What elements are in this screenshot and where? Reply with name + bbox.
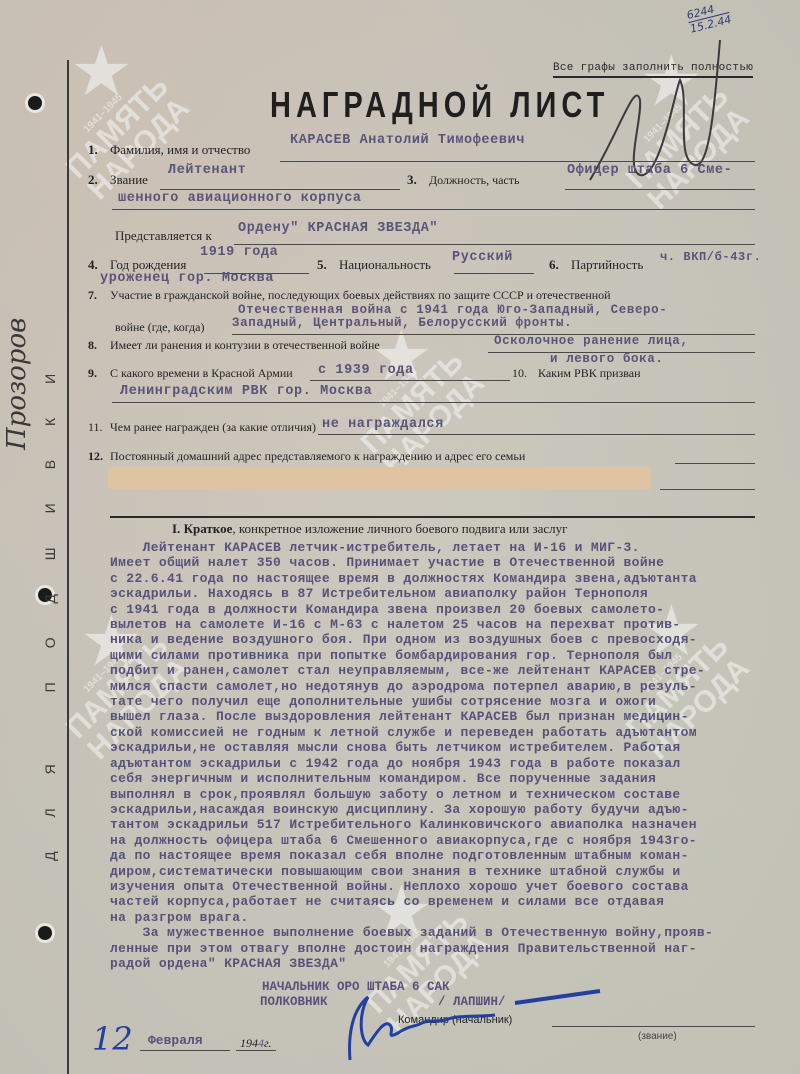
narrative-line: да по настоящее время показал себя вполн… (110, 848, 800, 863)
narrative-line: Лейтенант КАРАСЕВ летчик-истребитель, ле… (110, 540, 800, 555)
narrative-line: тантом эскадрильи 517 Истребительного Ка… (110, 817, 800, 832)
date-month-line (140, 1050, 230, 1051)
narrative-line: выполнял в срок,проявлял большую заботу … (110, 787, 800, 802)
narrative-text: Лейтенант КАРАСЕВ летчик-истребитель, ле… (110, 540, 800, 971)
date-day: 12 (92, 1020, 133, 1058)
field-10-value: Ленинградским РВК гор. Москва (120, 384, 372, 399)
narrative-line: изучения опыта Отечественной войны. Непл… (110, 879, 800, 894)
date-month: Февраля (148, 1033, 203, 1048)
field-12: 12.Постоянный домашний адрес представляе… (88, 449, 525, 464)
narrative-line: частей корпуса,работает не считаясь со в… (110, 894, 800, 909)
narrative-line: мился спасти самолет,но недотянув до аэр… (110, 679, 800, 694)
signature (330, 985, 610, 1065)
field-label: Партийность (571, 257, 643, 272)
field-7: 7.Участие в гражданской войне, последующ… (88, 288, 611, 303)
field-8: 8.Имеет ли ранения и контузии в отечеств… (88, 338, 380, 353)
field-5-value: Русский (452, 250, 513, 265)
field-label: С какого времени в Красной Армии (110, 366, 293, 380)
field-underline (565, 189, 755, 190)
field-9-value: с 1939 года (318, 363, 414, 378)
field-label: Фамилия, имя и отчество (110, 142, 250, 157)
field-8-value-cont: и левого бока. (550, 352, 663, 366)
rank-caption: (звание) (638, 1031, 677, 1042)
narrative-line: диром,систематически повышающим свои зна… (110, 864, 800, 879)
narrative-line: радой ордена" КРАСНАЯ ЗВЕЗДА" (110, 956, 800, 971)
field-label: Участие в гражданской войне, последующих… (110, 288, 611, 302)
field-2-value: Лейтенант (168, 163, 246, 178)
punch-hole (28, 96, 42, 110)
field-3-value-cont: шенного авиационного корпуса (118, 191, 362, 206)
field-11-value: не награждался (322, 417, 444, 432)
field-7-cont: войне (где, когда) (115, 320, 204, 335)
narrative-line: себя энергичным и исполнительным команди… (110, 771, 800, 786)
field-underline (234, 244, 755, 245)
field-3-value: Офицер штаба 6 Сме- (567, 163, 732, 178)
field-label: Должность, часть (429, 173, 519, 187)
field-label: Год рождения (110, 257, 186, 272)
signatory-rank: ПОЛКОВНИК (260, 995, 328, 1009)
field-10: 10.Каким РВК призван (512, 366, 641, 381)
field-8-value: Осколочное ранение лица, (494, 334, 688, 348)
presented-for: Представляется к (115, 228, 212, 244)
narrative-line: ника и ведение воздушного боя. При одном… (110, 632, 800, 647)
page-title: НАГРАДНОЙ ЛИСТ (270, 86, 609, 127)
award-value: Ордену" КРАСНАЯ ЗВЕЗДА" (238, 221, 438, 236)
field-7-value-cont: Западный, Центральный, Белорусский фронт… (232, 316, 572, 330)
field-label: Звание (110, 172, 148, 187)
section-divider (110, 516, 755, 518)
field-9: 9.С какого времени в Красной Армии (88, 366, 293, 381)
narrative-line: За мужественное выполнение боевых задани… (110, 925, 800, 940)
binding-label: ДЛЯ ПОДШИВКИ (42, 290, 62, 910)
narrative-line: на разгром врага. (110, 910, 800, 925)
redacted-address (108, 467, 651, 489)
field-4-value-cont: уроженец гор. Москва (100, 271, 274, 286)
field-7-value: Отечественная война с 1941 года Юго-Запа… (238, 303, 667, 317)
field-underline (660, 489, 755, 490)
narrative-line: адъютантом эскадрильи с 1942 года до ноя… (110, 756, 800, 771)
narrative-line: эскадрильи,насаждая воинскую дисциплину.… (110, 802, 800, 817)
field-label: Чем ранее награжден (за какие отличия) (110, 420, 316, 434)
field-4-value: 1919 года (200, 245, 278, 260)
field-label: Имеет ли ранения и контузии в отечествен… (110, 338, 380, 352)
field-underline (160, 189, 400, 190)
narrative-line: эскадрильи. Находясь в 87 Истребительном… (110, 586, 800, 601)
narrative-line: тате чего получил еще дополнительные уши… (110, 694, 800, 709)
field-1: 1.Фамилия, имя и отчество (88, 142, 250, 158)
narrative-line: вылетов на самолете И-16 с М-63 с налето… (110, 617, 800, 632)
field-label: Национальность (339, 257, 431, 272)
field-2: 2.Звание (88, 172, 148, 188)
field-underline (280, 161, 755, 162)
field-6: 6.Партийность (549, 257, 643, 273)
field-underline (318, 434, 755, 435)
narrative-line: Имеет общий налет 350 часов. Принимает у… (110, 555, 800, 570)
field-underline (310, 380, 510, 381)
margin-rule (67, 60, 69, 1074)
field-underline (675, 463, 755, 464)
punch-hole (38, 926, 52, 940)
narrative-line: ленные при этом отвагу вполне достоин на… (110, 941, 800, 956)
field-label: Каким РВК призван (538, 366, 641, 380)
field-label: Постоянный домашний адрес представляемог… (110, 449, 525, 463)
field-underline (112, 209, 755, 210)
field-label: войне (где, когда) (115, 320, 204, 334)
narrative-line: эскадрильи,не оставляя мысли снова быть … (110, 740, 800, 755)
section-heading: I. Краткое, конкретное изложение личного… (172, 521, 567, 537)
field-underline (112, 402, 755, 403)
field-1-value: КАРАСЕВ Анатолий Тимофеевич (290, 133, 525, 148)
narrative-line: подбит и ранен,самолет стал неуправляемы… (110, 663, 800, 678)
narrative-line: на должность офицера штаба 6 Смешенного … (110, 833, 800, 848)
field-5: 5.Национальность (317, 257, 431, 273)
narrative-line: вышел глаза. После выздоровления лейтена… (110, 709, 800, 724)
narrative-line: с 22.6.41 года по настоящее время в долж… (110, 571, 800, 586)
field-3: 3.Должность, часть (407, 172, 519, 188)
narrative-line: ской комиссией не годным к летной службе… (110, 725, 800, 740)
narrative-line: щими силами противника при попытке бомба… (110, 648, 800, 663)
field-label: Представляется к (115, 228, 212, 243)
narrative-line: с 1941 года в должности Командира звена … (110, 602, 800, 617)
date-year: 1944г. (240, 1036, 272, 1051)
field-underline (454, 273, 534, 274)
margin-handwriting: Прозоров (2, 280, 36, 450)
field-11: 11.Чем ранее награжден (за какие отличия… (88, 420, 316, 435)
field-6-value: ч. ВКП/б-43г. (660, 250, 761, 264)
